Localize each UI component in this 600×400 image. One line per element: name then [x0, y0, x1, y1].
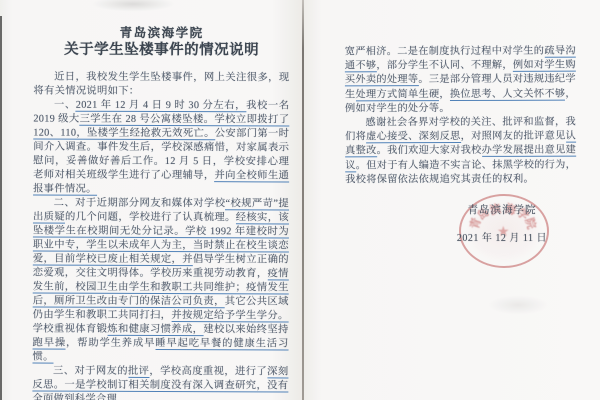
- paragraph: 近日，我校发生学生坠楼事件，网上关注很多，现将有关情况说明如下：: [33, 71, 289, 100]
- text-run: 。我们欢迎大家对我校: [377, 145, 482, 156]
- text-run: 学校重视体育锻: [33, 324, 108, 335]
- photo-edge-line: [0, 16, 2, 400]
- text-run: 近日，我校发生学生坠楼事件，网上关注很多，现将有关情况说明如下：: [33, 72, 289, 97]
- text-run: 二、对于近期部分网友和媒体对学校: [54, 198, 226, 210]
- text-run: ，学校高度重视，进行了: [149, 366, 267, 377]
- text-run: 。但对于有人编造不实言论、抹黑学校的行为，我校将保留依法依规追究其责任的权利。: [345, 159, 576, 185]
- page-two-body: 宽严相济。二是在制度执行过程中对学生的疏导沟通不够，部分学生不认同、不理解，例如…: [345, 45, 576, 188]
- document-title: 关于学生坠楼事件的情况说明: [34, 41, 290, 61]
- underlined-text: 2021 年 12 月 4 日 9 时 30 分左右，: [76, 100, 246, 113]
- text-run: 宽严相济。二是在制度执行过程中对学生的: [345, 46, 545, 58]
- underlined-text: 换位思考、人文关怀不够: [450, 88, 566, 100]
- paragraph: 宽严相济。二是在制度执行过程中对学生的疏导沟通不够，部分学生不认同、不理解，例如…: [345, 45, 576, 117]
- photo-smudge: [78, 0, 188, 14]
- signature-org: 青岛滨海学院: [440, 202, 564, 217]
- text-run: 的几个问题，学校进行了认真梳理。: [65, 212, 236, 224]
- paragraph: 一、2021 年 12 月 4 日 9 时 30 分左右，我校一名 2019 级…: [33, 99, 289, 198]
- page-two-content: 宽严相济。二是在制度执行过程中对学生的疏导沟通不够，部分学生不认同、不理解，例如…: [345, 34, 577, 188]
- text-run: ，部分学生不认同、不理解，: [376, 60, 513, 71]
- document-org-title: 青岛滨海学院: [34, 26, 290, 42]
- text-run: ，: [439, 89, 450, 100]
- photo-smudge: [478, 292, 558, 318]
- underlined-text: 虚心接受、深刻反思: [366, 131, 461, 143]
- text-run: 三、对于网友的: [53, 366, 128, 377]
- underlined-text: 并按规定给予学生学分。: [171, 310, 288, 322]
- document-photo: 青岛滨海学院 关于学生坠楼事件的情况说明 近日，我校发生学生坠楼事件，网上关注很…: [0, 0, 600, 400]
- paragraph: 二、对于近期部分网友和媒体对学校“校规严苛”提出质疑的几个问题，学校进行了认真梳…: [32, 197, 289, 366]
- underlined-text: 批评: [128, 366, 149, 378]
- page-one-content: 青岛滨海学院 关于学生坠楼事件的情况说明 近日，我校发生学生坠楼事件，网上关注很…: [32, 26, 289, 400]
- paragraph: 感谢社会各界对学校的关注、批评和监督，我们将虚心接受、深刻反思，对照网友的批评意…: [345, 116, 576, 188]
- signature-date: 2021 年 12 月 11 日: [432, 229, 572, 244]
- underlined-text: 跑早操: [33, 338, 67, 350]
- paragraph: 三、对于网友的批评，学校高度重视，进行了深刻反思。一是学校制订相关制度没有深入调…: [32, 365, 288, 400]
- text-run: 一、: [54, 100, 76, 111]
- page-fold-shadow: [302, 0, 304, 400]
- underlined-text: 炼和健康习惯养成，: [107, 324, 203, 336]
- underlined-text: 处理方式简单生硬: [355, 89, 439, 101]
- text-run: 建校以来始终坚持: [203, 324, 288, 335]
- text-run: ，对照网友的批评意见: [461, 131, 566, 142]
- text-run: ，帮助学生养成早: [66, 338, 155, 349]
- page-one-body: 近日，我校发生学生坠楼事件，网上关注很多，现将有关情况说明如下：一、2021 年…: [32, 71, 289, 400]
